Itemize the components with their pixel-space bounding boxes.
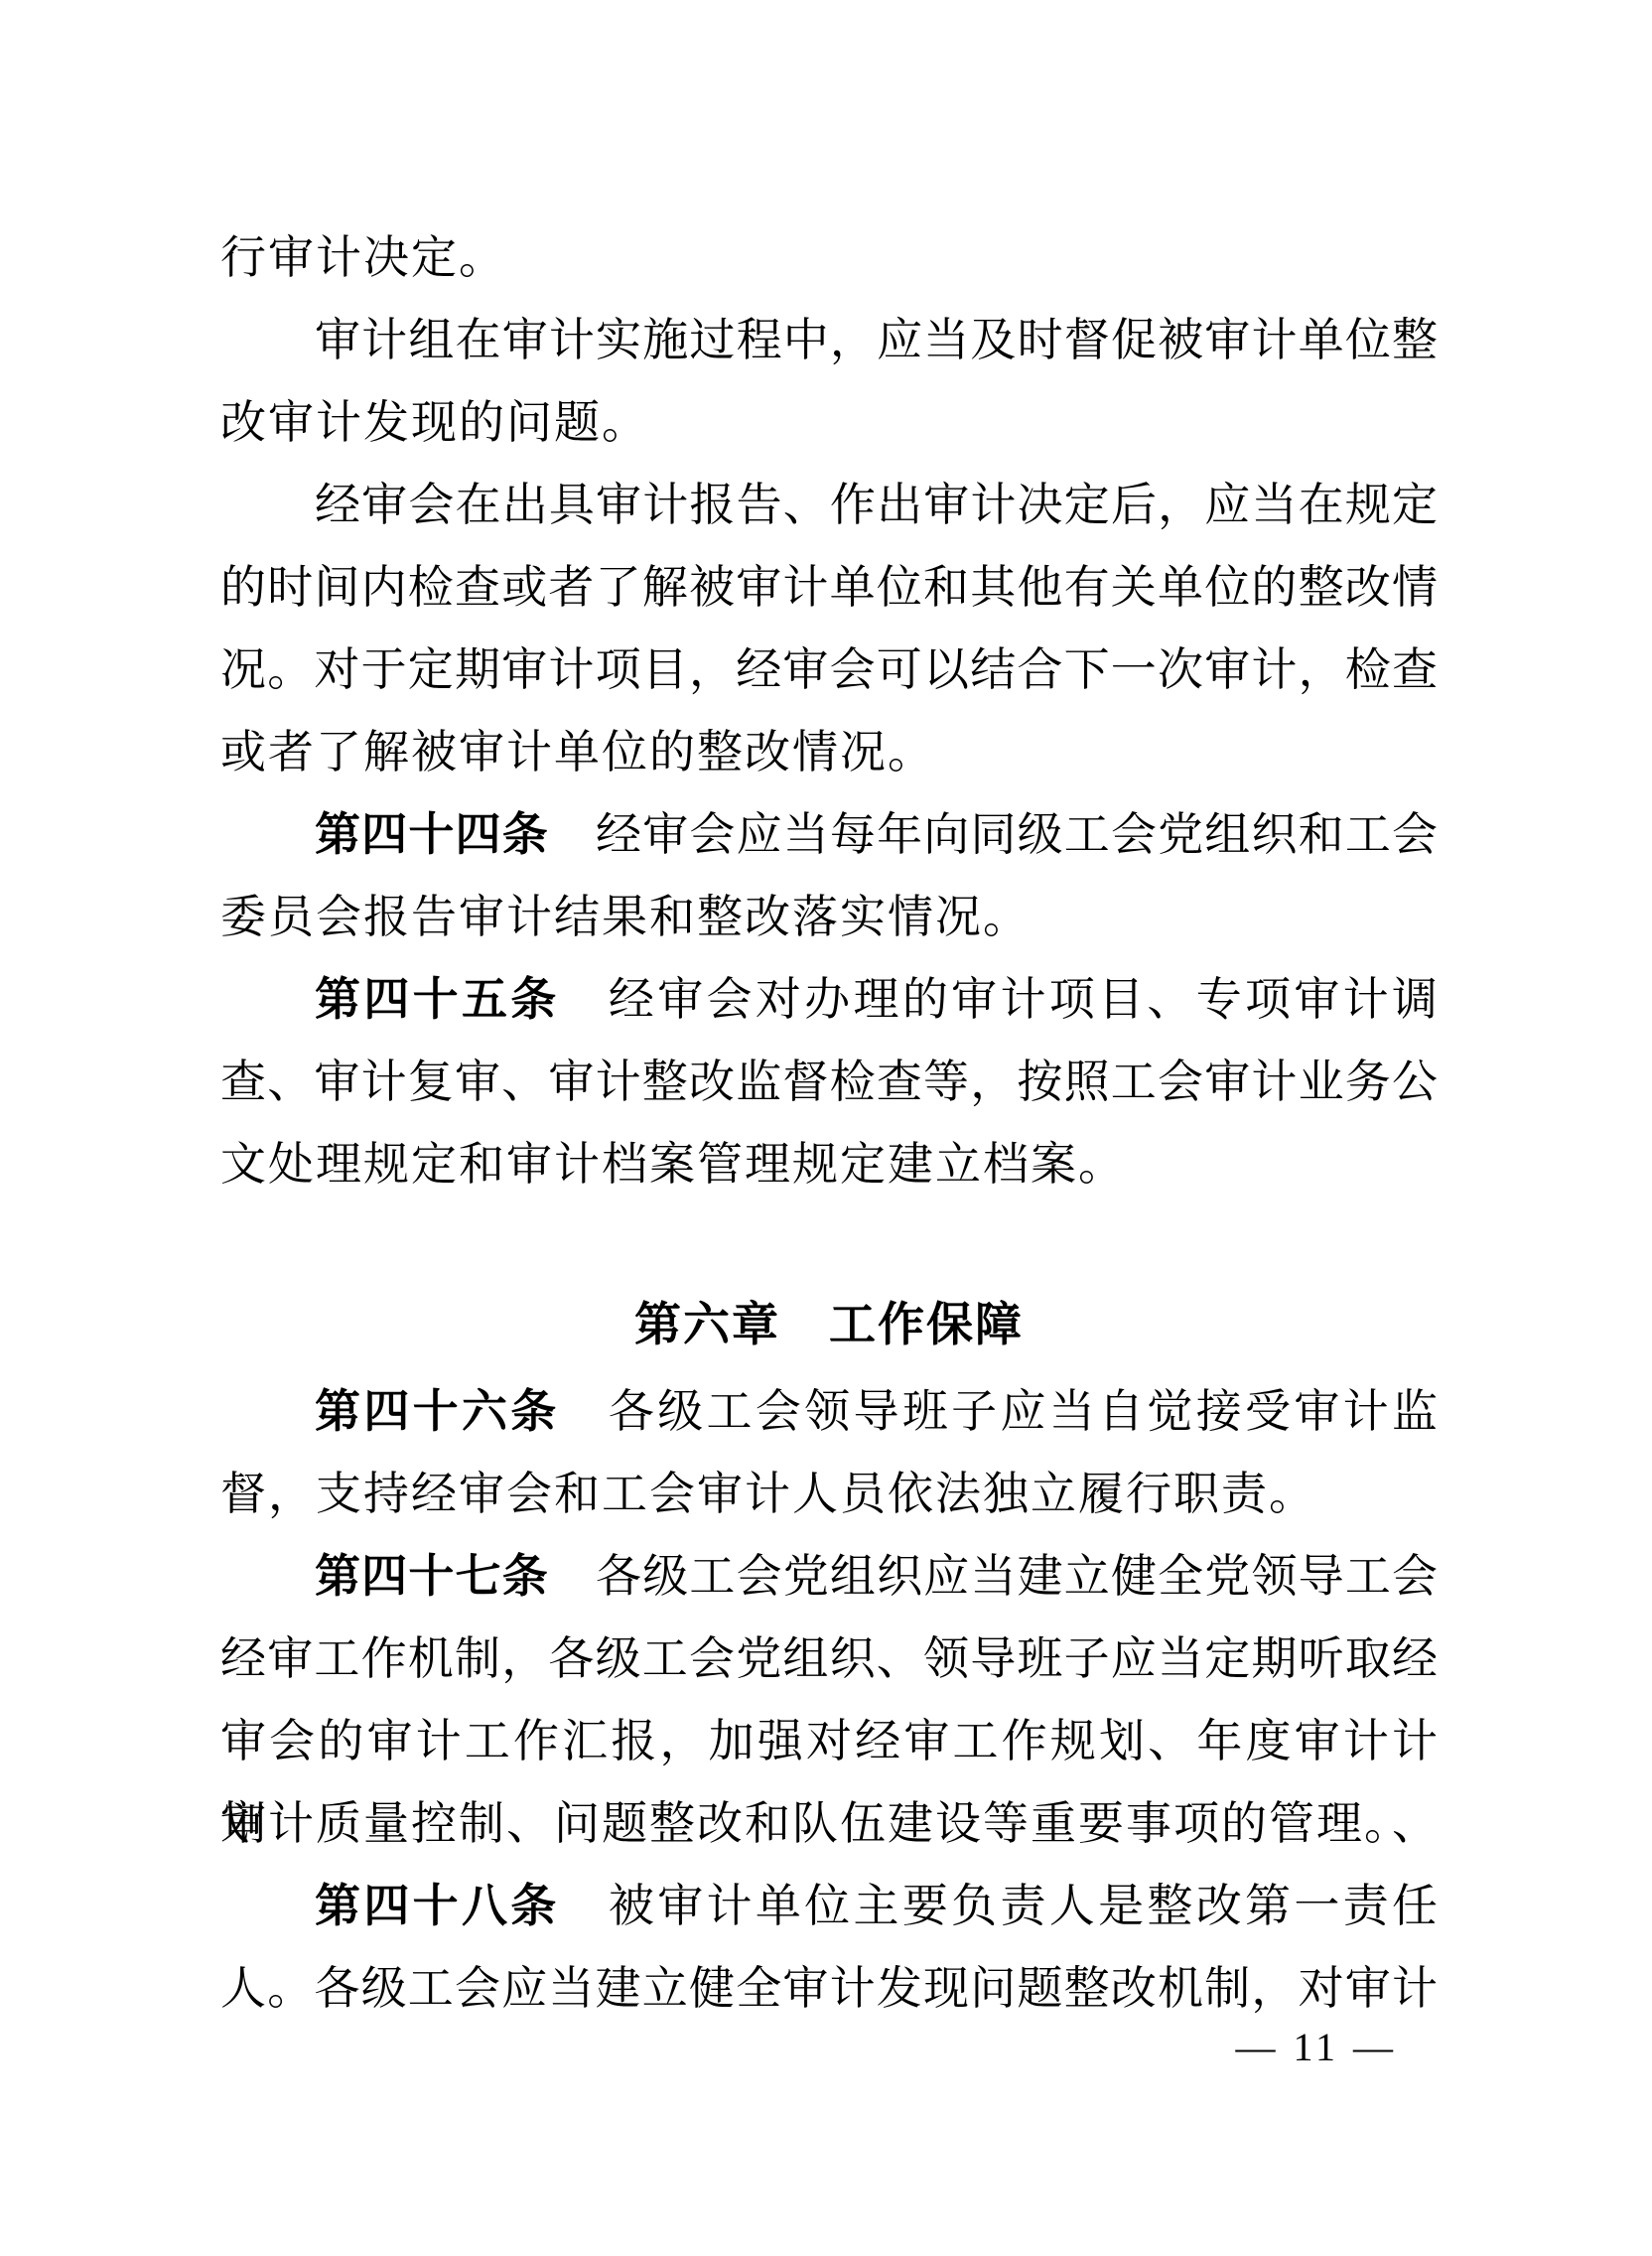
text-line: 的时间内检查或者了解被审计单位和其他有关单位的整改情	[220, 546, 1438, 629]
line-text: 各级工会党组织应当建立健全党领导工会	[549, 1551, 1438, 1602]
article-number: 第四十八条	[315, 1880, 560, 1931]
text-line: 第四十八条 被审计单位主要负责人是整改第一责任	[220, 1865, 1438, 1947]
chapter-heading: 第六章 工作保障	[220, 1279, 1438, 1370]
text-line: 审会的审计工作汇报，加强对经审工作规划、年度审计计划、	[220, 1700, 1438, 1782]
text-line: 审计组在审计实施过程中，应当及时督促被审计单位整	[220, 299, 1438, 381]
text-line: 或者了解被审计单位的整改情况。	[220, 711, 1438, 793]
line-text: 况。对于定期审计项目，经审会可以结合下一次审计，检查	[220, 644, 1438, 695]
document-body: 行审计决定。审计组在审计实施过程中，应当及时督促被审计单位整改审计发现的问题。经…	[220, 216, 1438, 2030]
line-text: 文处理规定和审计档案管理规定建立档案。	[220, 1139, 1126, 1190]
article-number: 第四十四条	[315, 808, 549, 860]
document-page: 行审计决定。审计组在审计实施过程中，应当及时督促被审计单位整改审计发现的问题。经…	[0, 0, 1652, 2256]
line-text: 督，支持经审会和工会审计人员依法独立履行职责。	[220, 1469, 1316, 1519]
line-text: 查、审计复审、审计整改监督检查等，按照工会审计业务公	[220, 1057, 1438, 1107]
line-text: 或者了解被审计单位的整改情况。	[220, 727, 935, 777]
text-line: 文处理规定和审计档案管理规定建立档案。	[220, 1123, 1438, 1205]
line-text: 人。各级工会应当建立健全审计发现问题整改机制，对审计	[220, 1963, 1438, 2014]
text-line: 经审工作机制，各级工会党组织、领导班子应当定期听取经	[220, 1618, 1438, 1700]
text-line: 第四十四条 经审会应当每年向同级工会党组织和工会	[220, 793, 1438, 876]
text-line: 况。对于定期审计项目，经审会可以结合下一次审计，检查	[220, 629, 1438, 711]
text-line: 查、审计复审、审计整改监督检查等，按照工会审计业务公	[220, 1041, 1438, 1123]
line-text: 改审计发现的问题。	[220, 397, 649, 448]
article-number: 第四十六条	[315, 1385, 560, 1437]
line-text: 经审工作机制，各级工会党组织、领导班子应当定期听取经	[220, 1633, 1438, 1684]
text-line: 行审计决定。	[220, 216, 1438, 299]
text-line: 人。各级工会应当建立健全审计发现问题整改机制，对审计	[220, 1947, 1438, 2030]
line-text: 经审会对办理的审计项目、专项审计调	[560, 974, 1438, 1025]
page-number: — 11 —	[1235, 2026, 1397, 2069]
text-line: 委员会报告审计结果和整改落实情况。	[220, 876, 1438, 958]
text-line: 第四十六条 各级工会领导班子应当自觉接受审计监	[220, 1370, 1438, 1453]
text-line: 改审计发现的问题。	[220, 381, 1438, 464]
text-line: 第四十五条 经审会对办理的审计项目、专项审计调	[220, 958, 1438, 1041]
line-text: 被审计单位主要负责人是整改第一责任	[560, 1881, 1438, 1931]
line-text: 行审计决定。	[220, 232, 506, 283]
line-text: 经审会在出具审计报告、作出审计决定后，应当在规定	[315, 480, 1438, 530]
text-line: 审计质量控制、问题整改和队伍建设等重要事项的管理。	[220, 1782, 1438, 1865]
text-line: 第四十七条 各级工会党组织应当建立健全党领导工会	[220, 1535, 1438, 1618]
text-line: 经审会在出具审计报告、作出审计决定后，应当在规定	[220, 464, 1438, 546]
article-number: 第四十五条	[315, 973, 560, 1025]
line-text: 各级工会领导班子应当自觉接受审计监	[560, 1386, 1438, 1437]
line-text: 审计组在审计实施过程中，应当及时督促被审计单位整	[315, 315, 1438, 365]
text-line: 督，支持经审会和工会审计人员依法独立履行职责。	[220, 1453, 1438, 1535]
line-text: 经审会应当每年向同级工会党组织和工会	[549, 809, 1438, 860]
line-text: 委员会报告审计结果和整改落实情况。	[220, 892, 1031, 942]
line-text: 审计质量控制、问题整改和队伍建设等重要事项的管理。	[220, 1798, 1412, 1849]
line-text: 的时间内检查或者了解被审计单位和其他有关单位的整改情	[220, 562, 1438, 613]
chapter-heading-text: 第六章 工作保障	[634, 1298, 1024, 1350]
article-number: 第四十七条	[315, 1550, 549, 1602]
